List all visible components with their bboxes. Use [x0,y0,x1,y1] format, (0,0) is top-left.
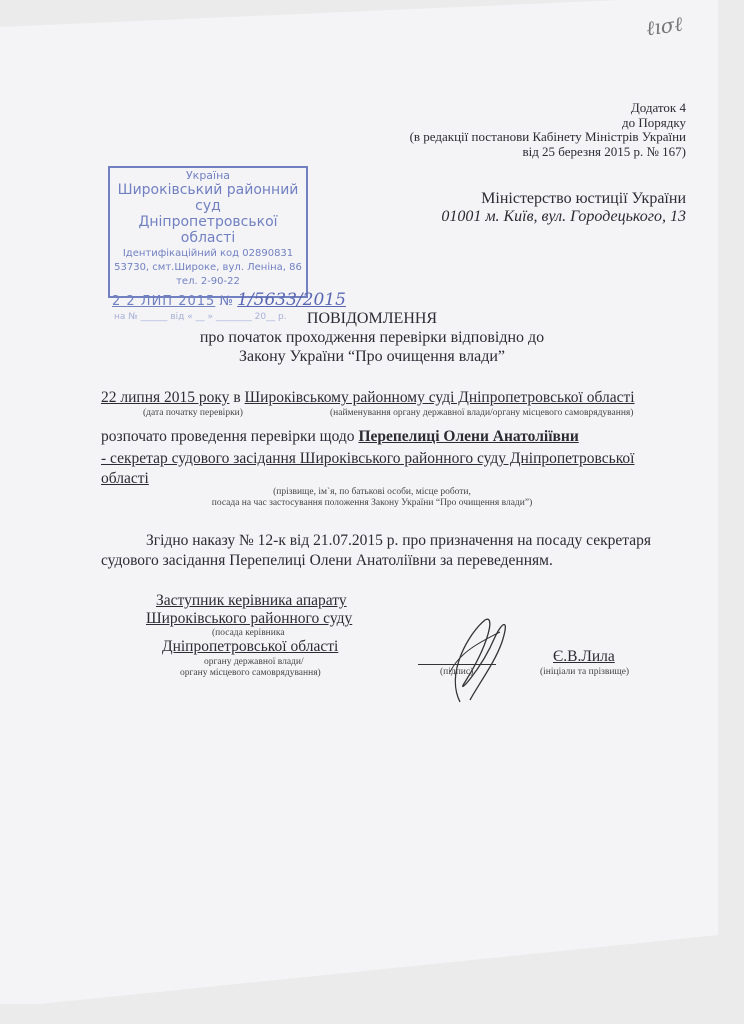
order-paragraph-line1: Згідно наказу № 12-к від 21.07.2015 р. п… [146,532,651,550]
recipient-name: Міністерство юстиції України [481,189,686,208]
signer-position-line1: Заступник керівника апарату [156,592,347,610]
check-started-line: розпочато проведення перевірки щодо Пере… [101,428,579,446]
recipient-address: 01001 м. Київ, вул. Городецького, 13 [441,207,686,226]
stamp-registration: 2 2 ЛИП 2015 № 1/5633/2015 [110,290,306,310]
document-title: ПОВІДОМЛЕННЯ [0,309,744,328]
signature-caption: (підпис) [440,667,473,677]
signer-caption: (ініціали та прізвище) [540,667,629,677]
person-name: Перепелиці Олени Анатоліївни [358,428,578,445]
person-caption-2: посада на час застосування положення Зак… [0,498,744,508]
signer-position-caption2: органу державної влади/ [204,657,304,667]
document-law: Закону України “Про очищення влади” [0,347,744,366]
signer-position-line2: Широківського районного суду [146,610,352,628]
handwritten-signature [440,612,520,707]
preposition: в [233,389,240,406]
stamp-address: 53730, смт.Широке, вул. Леніна, 86 [110,262,306,274]
stamp-id-code: Ідентифікаційний код 02890831 [110,248,306,260]
appendix-order: до Порядку [622,115,686,130]
person-caption-1: (прізвище, ім`я, по батькові особи, місц… [0,487,744,497]
registration-stamp: Україна Широківський районний суд Дніпро… [108,166,308,298]
check-date: 22 липня 2015 року [101,389,229,406]
organ-caption: (найменування органу державної влади/орг… [330,408,633,418]
organ-name: Широківському районному суді Дніпропетро… [245,389,635,406]
signer-name: Є.В.Лила [553,648,615,666]
stamp-reg-date: 2 2 ЛИП 2015 [112,294,215,309]
stamp-phone: тел. 2-90-22 [110,276,306,288]
signature-line [418,664,496,665]
stamp-court-name: Широківський районний суд [110,182,306,214]
stamp-court-region: Дніпропетровської області [110,214,306,246]
date-caption: (дата початку перевірки) [143,408,243,418]
signer-position-caption1: (посада керівника [212,628,285,638]
appendix-label: Додаток 4 [631,100,686,115]
order-paragraph-line2: судового засідання Перепелиці Олени Анат… [101,552,553,570]
stamp-reg-number: 1/5633/2015 [237,290,346,310]
handwritten-note: ℓıσℓ [644,12,684,42]
check-date-line: 22 липня 2015 року в Широківському район… [101,389,635,407]
appendix-resolution: (в редакції постанови Кабінету Міністрів… [410,129,686,144]
signer-position-line3: Дніпропетровської області [162,638,338,656]
stamp-country: Україна [110,169,306,182]
person-position-line2: області [101,470,149,488]
document-subtitle: про початок проходження перевірки відпов… [0,328,744,347]
appendix-date: від 25 березня 2015 р. № 167) [522,144,686,159]
started-text: розпочато проведення перевірки щодо [101,428,355,445]
signer-position-caption3: органу місцевого самоврядування) [180,668,321,678]
stamp-reg-no-label: № [219,294,233,309]
person-position-line1: - секретар судового засідання Широківськ… [101,450,635,468]
